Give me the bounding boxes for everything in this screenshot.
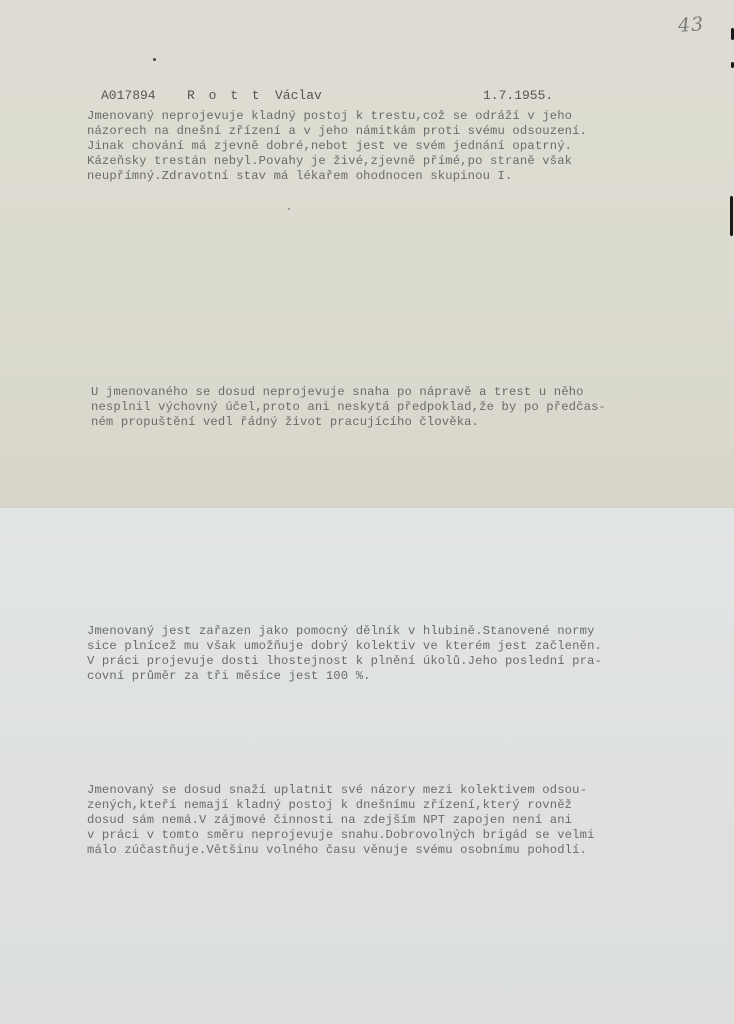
paragraph-attitude: Jmenovaný neprojevuje kladný postoj k tr… (87, 109, 727, 184)
text-line: covní průměr za tři měsíce jest 100 %. (87, 669, 727, 684)
record-id: A017894 (101, 88, 156, 103)
text-line: názorech na dnešní zřízení a v jeho námi… (87, 124, 727, 139)
edge-shadow-mark (730, 196, 733, 236)
text-line: V práci projevuje dosti lhostejnost k pl… (87, 654, 727, 669)
paragraph-collective: Jmenovaný se dosud snaží uplatnit své ná… (87, 783, 727, 858)
text-line: zených,kteří nemají kladný postoj k dneš… (87, 798, 727, 813)
text-line: neupřímný.Zdravotní stav má lékařem ohod… (87, 169, 727, 184)
ink-speck (288, 208, 290, 210)
text-line: málo zúčastňuje.Většinu volného času věn… (87, 843, 727, 858)
record-date: 1.7.1955. (483, 88, 553, 103)
record-header: A017894 R o t t Václav 1.7.1955. (0, 88, 734, 106)
text-line: Jmenovaný jest zařazen jako pomocný děln… (87, 624, 727, 639)
paper-top-half (0, 0, 734, 508)
first-name: Václav (275, 88, 322, 103)
text-line: sice plnícež mu však umožňuje dobrý kole… (87, 639, 727, 654)
paper-bottom-half (0, 508, 734, 1024)
text-line: Jmenovaný se dosud snaží uplatnit své ná… (87, 783, 727, 798)
text-line: v práci v tomto směru neprojevuje snahu.… (87, 828, 727, 843)
ink-speck (153, 58, 156, 61)
paragraph-work: Jmenovaný jest zařazen jako pomocný děln… (87, 624, 727, 684)
paragraph-rehabilitation: U jmenovaného se dosud neprojevuje snaha… (91, 385, 731, 430)
text-line: ném propuštění vedl řádný život pracujíc… (91, 415, 731, 430)
surname: R o t t (187, 88, 263, 103)
handwritten-page-number: 43 (677, 13, 705, 37)
text-line: Kázeňsky trestán nebyl.Povahy je živé,zj… (87, 154, 727, 169)
text-line: dosud sám nemá.V zájmové činnosti na zde… (87, 813, 727, 828)
text-line: Jinak chování má zjevně dobré,nebot jest… (87, 139, 727, 154)
text-line: U jmenovaného se dosud neprojevuje snaha… (91, 385, 731, 400)
text-line: nesplnil výchovný účel,proto ani neskytá… (91, 400, 731, 415)
text-line: Jmenovaný neprojevuje kladný postoj k tr… (87, 109, 727, 124)
paper-fold-line (0, 507, 734, 509)
